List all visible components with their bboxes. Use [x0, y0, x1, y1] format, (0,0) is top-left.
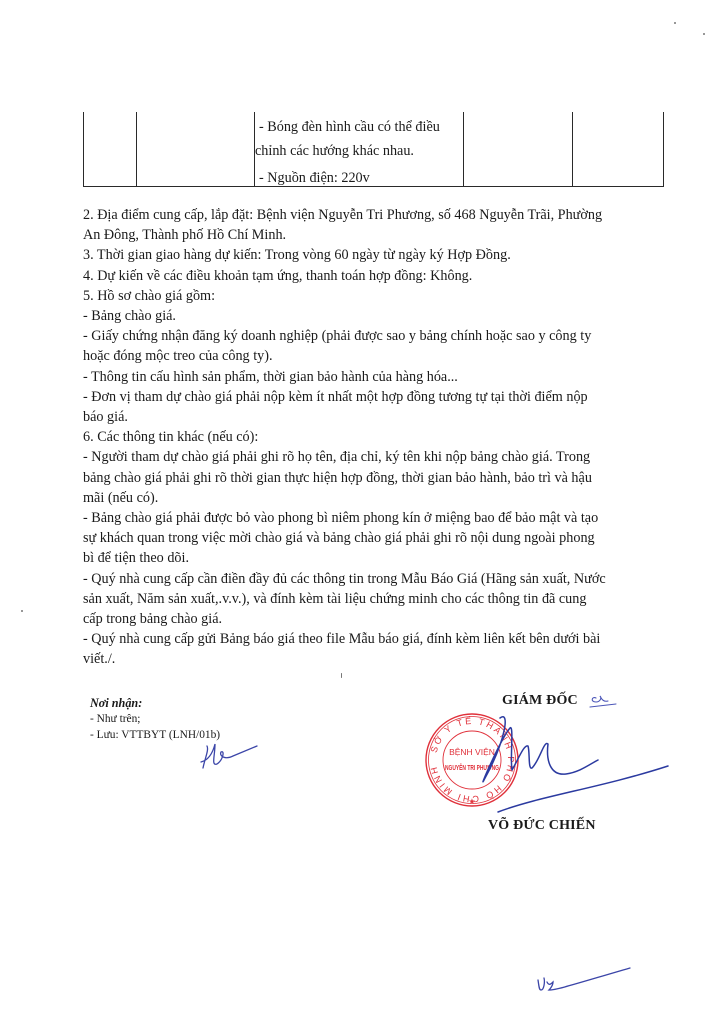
table-column-border [663, 112, 664, 187]
scan-speck [674, 22, 676, 24]
document-page: - Bóng đèn hình cầu có thể điều chỉnh cá… [0, 0, 724, 1024]
body-line: bì để tiện theo dõi. [83, 548, 663, 568]
director-signature-icon [440, 700, 680, 830]
body-line: 4. Dự kiến về các điều khoản tạm ứng, th… [83, 266, 663, 286]
body-line: - Bảng chào giá. [83, 306, 663, 326]
spec-line: chỉnh các hướng khác nhau. [255, 139, 465, 163]
body-line: báo giá. [83, 407, 663, 427]
scan-speck [21, 610, 23, 612]
spec-table-fragment: - Bóng đèn hình cầu có thể điều chỉnh cá… [83, 112, 664, 187]
body-text: 2. Địa điểm cung cấp, lắp đặt: Bệnh viện… [83, 205, 663, 670]
page-initials-icon [535, 960, 635, 1000]
body-line: cấp trong bảng chào giá. [83, 609, 663, 629]
recipients-block: Nơi nhận: - Như trên; - Lưu: VTTBYT (LNH… [90, 695, 220, 743]
table-column-border [572, 112, 573, 187]
body-line: sản xuất, Năm sản xuất,.v.v.), và đính k… [83, 589, 663, 609]
signer-name: VÕ ĐỨC CHIẾN [488, 818, 596, 834]
body-line: An Đông, Thành phố Hồ Chí Minh. [83, 225, 663, 245]
body-line: - Đơn vị tham dự chào giá phải nộp kèm í… [83, 387, 663, 407]
body-line: 3. Thời gian giao hàng dự kiến: Trong vò… [83, 245, 663, 265]
spec-line: - Bóng đèn hình cầu có thể điều [255, 115, 465, 139]
body-line: viết./. [83, 649, 663, 669]
body-line: bảng chào giá phải ghi rõ thời gian thực… [83, 468, 663, 488]
scan-speck [703, 33, 705, 35]
table-column-border [83, 112, 84, 187]
body-line: mãi (nếu có). [83, 488, 663, 508]
body-line: - Người tham dự chào giá phải ghi rõ họ … [83, 447, 663, 467]
scan-speck [341, 673, 342, 678]
body-line: sự khách quan trong việc mời chào giá và… [83, 528, 663, 548]
body-line: - Bảng chào giá phải được bỏ vào phong b… [83, 508, 663, 528]
recipient-item: - Như trên; [90, 711, 220, 727]
body-line: hoặc đóng mộc treo của công ty). [83, 346, 663, 366]
body-line: 5. Hồ sơ chào giá gồm: [83, 286, 663, 306]
body-line: - Giấy chứng nhận đăng ký doanh nghiệp (… [83, 326, 663, 346]
body-line: - Quý nhà cung cấp cần điền đầy đủ các t… [83, 569, 663, 589]
recipients-title: Nơi nhận: [90, 695, 220, 711]
initials-signature-icon [195, 738, 275, 774]
body-line: 2. Địa điểm cung cấp, lắp đặt: Bệnh viện… [83, 205, 663, 225]
spec-line: - Nguồn điện: 220v [255, 166, 465, 190]
spec-cell: - Bóng đèn hình cầu có thể điều chỉnh cá… [255, 115, 465, 190]
body-line: 6. Các thông tin khác (nếu có): [83, 427, 663, 447]
table-column-border [136, 112, 137, 187]
body-line: - Thông tin cấu hình sản phẩm, thời gian… [83, 367, 663, 387]
body-line: - Quý nhà cung cấp gửi Bảng báo giá theo… [83, 629, 663, 649]
